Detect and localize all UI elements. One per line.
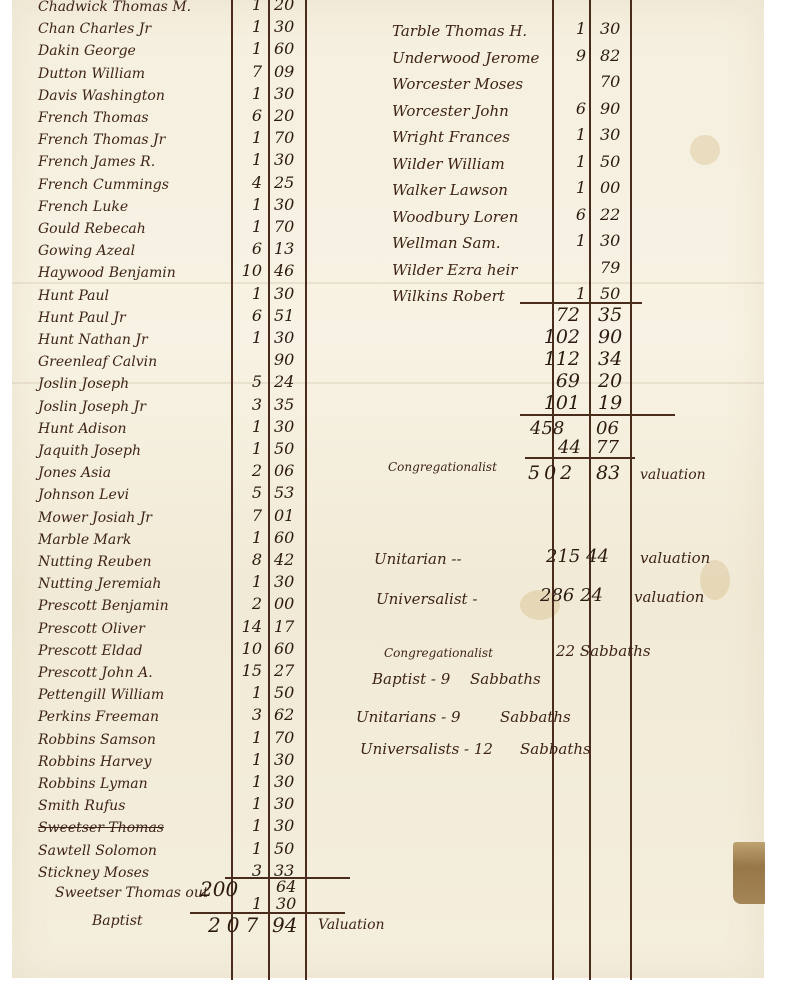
ledger-row-name: Robbins Harvey xyxy=(38,753,151,771)
ledger-row-dollars: 9 xyxy=(562,47,586,65)
ledger-row-cents: 60 xyxy=(274,640,294,658)
ledger-row-dollars: 1 xyxy=(238,329,262,347)
ledger-row-dollars: 1 xyxy=(238,440,262,458)
addition-dollars: 1 xyxy=(252,895,262,913)
addition-cents: 30 xyxy=(276,895,296,913)
column-rule xyxy=(589,0,591,980)
ledger-row-cents: 22 xyxy=(600,206,620,224)
ledger-row-name: Haywood Benjamin xyxy=(38,264,176,282)
ledger-row-dollars: 1 xyxy=(562,20,586,38)
ledger-row-cents: 70 xyxy=(274,129,294,147)
ledger-row-cents: 30 xyxy=(274,418,294,436)
ledger-row-cents: 06 xyxy=(274,462,294,480)
ledger-row-dollars: 5 xyxy=(238,484,262,502)
ledger-row-cents: 42 xyxy=(274,551,294,569)
ledger-row-cents: 60 xyxy=(274,529,294,547)
ledger-row-cents: 90 xyxy=(600,100,620,118)
ledger-row-cents: 20 xyxy=(274,0,294,14)
ledger-row-cents: 70 xyxy=(274,729,294,747)
ledger-row-cents: 24 xyxy=(274,373,294,391)
ledger-row-dollars: 2 xyxy=(238,595,262,613)
congregationalist-label: Congregationalist xyxy=(388,458,497,476)
subtotal-dollars: 200 xyxy=(200,880,238,898)
ledger-row-dollars: 1 xyxy=(238,729,262,747)
ledger-row-cents: 50 xyxy=(274,440,294,458)
universalist-note: valuation xyxy=(634,588,704,606)
ledger-row-name: Gowing Azeal xyxy=(38,242,135,260)
ledger-row-dollars: 1 xyxy=(562,126,586,144)
ledger-row-dollars: 14 xyxy=(238,618,262,636)
ledger-row-cents: 53 xyxy=(274,484,294,502)
ledger-row-cents: 00 xyxy=(274,595,294,613)
ledger-row-dollars: 1 xyxy=(238,0,262,14)
ledger-row-cents: 51 xyxy=(274,307,294,325)
ledger-row-cents: 17 xyxy=(274,618,294,636)
ledger-row-cents: 46 xyxy=(274,262,294,280)
ledger-row-name: Prescott Benjamin xyxy=(38,597,169,615)
ledger-row-cents: 13 xyxy=(274,240,294,258)
ledger-row-name: Worcester Moses xyxy=(392,75,523,93)
unitarian-note: valuation xyxy=(640,549,710,567)
ledger-row-cents: 00 xyxy=(600,179,620,197)
ledger-row-dollars: 1 xyxy=(562,153,586,171)
sum-rule xyxy=(520,302,642,304)
congregationalist-cents: 83 xyxy=(596,464,620,482)
sum-rule xyxy=(525,457,635,459)
ledger-row-name: French Luke xyxy=(38,198,128,216)
ledger-row-cents: 50 xyxy=(600,153,620,171)
ledger-row-dollars: 1 xyxy=(238,529,262,547)
sabbath-congregationalist-label: Congregationalist xyxy=(384,644,493,662)
page-total-dollars: 101 xyxy=(530,394,580,412)
ledger-row-dollars: 1 xyxy=(238,40,262,58)
ledger-row-cents: 01 xyxy=(274,507,294,525)
page-total-cents: 20 xyxy=(598,372,622,390)
ledger-row-cents: 30 xyxy=(274,773,294,791)
ledger-row-dollars: 4 xyxy=(238,174,262,192)
ledger-row-name: Wilder William xyxy=(392,155,505,173)
baptist-label: Baptist xyxy=(92,912,143,930)
sabbath-baptist-value: Sabbaths xyxy=(470,670,541,688)
ledger-row-name: Joslin Joseph xyxy=(38,375,129,393)
congregationalist-dollars: 502 xyxy=(528,464,576,482)
column-rule xyxy=(305,0,307,980)
ledger-row-name: Hunt Paul xyxy=(38,287,109,305)
ledger-row-dollars: 1 xyxy=(238,684,262,702)
sabbath-unitarians-value: Sabbaths xyxy=(500,708,571,726)
sabbath-universalists-label: Universalists - 12 xyxy=(360,740,493,758)
ledger-row-name: Worcester John xyxy=(392,102,509,120)
unitarian-label: Unitarian -- xyxy=(374,550,462,568)
ledger-row-name: Tarble Thomas H. xyxy=(392,22,527,40)
ledger-row-name: French Cummings xyxy=(38,176,169,194)
ledger-row-name: Jaquith Joseph xyxy=(38,442,141,460)
ledger-row-cents: 09 xyxy=(274,63,294,81)
ledger-row-dollars: 6 xyxy=(238,107,262,125)
ledger-row-dollars: 6 xyxy=(562,100,586,118)
ledger-row-cents: 30 xyxy=(274,18,294,36)
ledger-row-cents: 30 xyxy=(274,196,294,214)
ledger-row-cents: 25 xyxy=(274,174,294,192)
ledger-row-dollars: 7 xyxy=(238,507,262,525)
ledger-row-name: Pettengill William xyxy=(38,686,164,704)
ledger-row-cents: 90 xyxy=(274,351,294,369)
ledger-row-cents: 27 xyxy=(274,662,294,680)
ledger-row-name: Robbins Samson xyxy=(38,731,156,749)
ledger-row-cents: 20 xyxy=(274,107,294,125)
ledger-row-dollars: 1 xyxy=(238,795,262,813)
ledger-row-cents: 30 xyxy=(274,329,294,347)
ledger-row-dollars: 1 xyxy=(238,817,262,835)
universalist-value: 286 24 xyxy=(540,587,603,605)
ledger-row-name: Prescott Oliver xyxy=(38,620,145,638)
ledger-row-name: Sawtell Solomon xyxy=(38,842,157,860)
column-rule xyxy=(552,0,554,980)
ledger-row-cents: 30 xyxy=(274,817,294,835)
ledger-row-name: Greenleaf Calvin xyxy=(38,353,157,371)
ledger-row-name: Prescott John A. xyxy=(38,664,153,682)
ledger-row-dollars: 2 xyxy=(238,462,262,480)
ledger-row-name: Walker Lawson xyxy=(392,181,508,199)
ledger-row-name: Dutton William xyxy=(38,65,145,83)
ledger-row-cents: 60 xyxy=(274,40,294,58)
ledger-row-name: French James R. xyxy=(38,153,155,171)
ledger-row-cents: 30 xyxy=(600,126,620,144)
page-total-dollars: 112 xyxy=(530,350,580,368)
ledger-row-name: Dakin George xyxy=(38,42,136,60)
ledger-row-cents: 30 xyxy=(274,285,294,303)
ledger-row-name: Smith Rufus xyxy=(38,797,125,815)
ledger-row-dollars: 6 xyxy=(562,206,586,224)
page-total-cents: 35 xyxy=(598,306,622,324)
page-total-dollars: 102 xyxy=(530,328,580,346)
ledger-row-dollars: 1 xyxy=(238,218,262,236)
ledger-row-name: Underwood Jerome xyxy=(392,49,539,67)
sabbath-unitarians-label: Unitarians - 9 xyxy=(356,708,461,726)
baptist-cents: 94 xyxy=(272,916,297,934)
sabbath-baptist-label: Baptist - 9 xyxy=(372,670,450,688)
universalist-label: Universalist - xyxy=(376,590,477,608)
ledger-row-name: Johnson Levi xyxy=(38,486,129,504)
ledger-row-cents: 50 xyxy=(274,684,294,702)
ledger-row-name: Nutting Jeremiah xyxy=(38,575,161,593)
baptist-dollars: 207 xyxy=(208,916,264,934)
page-total-cents: 19 xyxy=(598,394,622,412)
ledger-row-name: Joslin Joseph Jr xyxy=(38,398,146,416)
ledger-row-dollars: 7 xyxy=(238,63,262,81)
ledger-row-cents: 30 xyxy=(600,232,620,250)
ledger-row-dollars: 10 xyxy=(238,262,262,280)
foxing-spot xyxy=(690,135,720,165)
ledger-row-dollars: 1 xyxy=(238,151,262,169)
sum-cents: 06 xyxy=(596,420,619,438)
ledger-row-name: Stickney Moses xyxy=(38,864,149,882)
ledger-row-dollars: 6 xyxy=(238,307,262,325)
ledger-row-dollars: 1 xyxy=(238,751,262,769)
ledger-row-name: Hunt Paul Jr xyxy=(38,309,126,327)
ledger-row-name: Wilder Ezra heir xyxy=(392,261,517,279)
ledger-row-dollars: 1 xyxy=(562,285,586,303)
ledger-row-cents: 82 xyxy=(600,47,620,65)
ledger-row-dollars: 1 xyxy=(238,196,262,214)
sabbath-universalists-value: Sabbaths xyxy=(520,740,591,758)
ledger-row-name: Sweetser Thomas xyxy=(38,819,164,837)
congregationalist-note: valuation xyxy=(640,466,706,484)
ledger-row-dollars: 1 xyxy=(562,232,586,250)
ledger-row-cents: 35 xyxy=(274,396,294,414)
adjust-dollars: 44 xyxy=(558,439,581,457)
page-total-dollars: 69 xyxy=(530,372,580,390)
ledger-row-dollars: 10 xyxy=(238,640,262,658)
sum-rule xyxy=(520,414,675,416)
ledger-row-cents: 70 xyxy=(274,218,294,236)
ledger-row-dollars: 15 xyxy=(238,662,262,680)
ledger-row-name: Marble Mark xyxy=(38,531,131,549)
ledger-row-name: Robbins Lyman xyxy=(38,775,148,793)
page-total-cents: 34 xyxy=(598,350,622,368)
ledger-row-dollars: 8 xyxy=(238,551,262,569)
ledger-row-dollars: 3 xyxy=(238,396,262,414)
ledger-row-cents: 30 xyxy=(274,573,294,591)
ledger-row-dollars: 1 xyxy=(238,285,262,303)
ledger-row-cents: 30 xyxy=(274,151,294,169)
page-total-dollars: 72 xyxy=(530,306,580,324)
ledger-row-cents: 70 xyxy=(600,73,620,91)
ledger-row-name: Wright Frances xyxy=(392,128,510,146)
ledger-row-name: Chan Charles Jr xyxy=(38,20,151,38)
ledger-row-name: Wilkins Robert xyxy=(392,287,505,305)
ledger-row-dollars: 1 xyxy=(238,573,262,591)
ledger-row-dollars: 1 xyxy=(238,418,262,436)
ledger-row-dollars: 6 xyxy=(238,240,262,258)
ledger-row-cents: 30 xyxy=(274,85,294,103)
ledger-row-cents: 50 xyxy=(600,285,620,303)
ledger-row-name: Woodbury Loren xyxy=(392,208,518,226)
ledger-row-name: Prescott Eldad xyxy=(38,642,143,660)
ledger-row-dollars: 1 xyxy=(562,179,586,197)
sabbath-congregationalist-value: 22 Sabbaths xyxy=(556,642,651,660)
baptist-note: Valuation xyxy=(318,916,385,934)
ledger-row-name: Hunt Nathan Jr xyxy=(38,331,148,349)
ledger-row-name: Perkins Freeman xyxy=(38,708,159,726)
ledger-row-dollars: 1 xyxy=(238,129,262,147)
ledger-row-cents: 62 xyxy=(274,706,294,724)
ledger-row-name: French Thomas xyxy=(38,109,149,127)
ledger-row-name: Jones Asia xyxy=(38,464,111,482)
adjust-cents: 77 xyxy=(596,439,619,457)
ledger-row-name: Davis Washington xyxy=(38,87,165,105)
page-total-cents: 90 xyxy=(598,328,622,346)
addition-name: Sweetser Thomas out xyxy=(55,884,209,902)
ledger-row-dollars: 1 xyxy=(238,840,262,858)
ink-stain xyxy=(733,842,765,904)
sum-dollars: 458 xyxy=(530,420,564,438)
ledger-row-cents: 30 xyxy=(274,795,294,813)
ledger-row-dollars: 5 xyxy=(238,373,262,391)
ledger-row-cents: 30 xyxy=(274,751,294,769)
ledger-row-dollars: 1 xyxy=(238,85,262,103)
column-rule xyxy=(630,0,632,980)
column-rule xyxy=(268,0,270,980)
ledger-row-name: French Thomas Jr xyxy=(38,131,165,149)
ledger-row-name: Hunt Adison xyxy=(38,420,127,438)
ledger-row-dollars: 1 xyxy=(238,773,262,791)
ledger-row-cents: 30 xyxy=(600,20,620,38)
ledger-row-cents: 79 xyxy=(600,259,620,277)
ledger-row-name: Gould Rebecah xyxy=(38,220,146,238)
column-rule xyxy=(231,0,233,980)
ledger-row-cents: 50 xyxy=(274,840,294,858)
ledger-row-name: Wellman Sam. xyxy=(392,234,500,252)
ledger-row-name: Mower Josiah Jr xyxy=(38,509,152,527)
ledger-row-name: Nutting Reuben xyxy=(38,553,152,571)
unitarian-value: 215 44 xyxy=(546,548,609,566)
ledger-row-dollars: 3 xyxy=(238,706,262,724)
ledger-row-dollars: 1 xyxy=(238,18,262,36)
ledger-row-name: Chadwick Thomas M. xyxy=(38,0,191,16)
